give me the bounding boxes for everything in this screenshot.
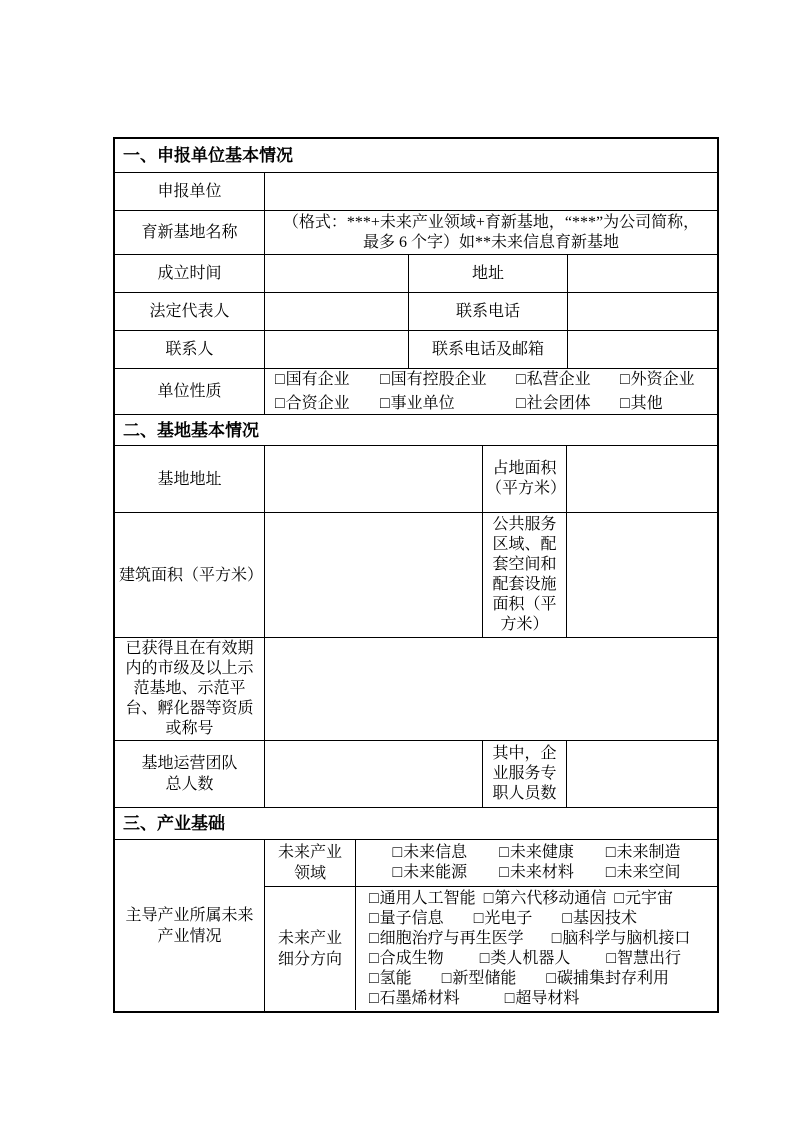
public-service-area-field[interactable] (567, 513, 717, 637)
checkbox-option-humanoid-robot[interactable]: □类人机器人 (480, 949, 571, 969)
operation-team-label: 基地运营团队 总人数 (115, 741, 265, 807)
checkbox-option-label: 国有企业 (286, 371, 350, 388)
qualifications-row: 已获得且在有效期内的市级及以上示范基地、示范平台、孵化器等资质或称号 (115, 638, 717, 741)
checkbox-icon: □ (499, 844, 509, 861)
checkbox-icon: □ (369, 930, 379, 947)
checkbox-icon: □ (369, 890, 379, 907)
land-area-label: 占地面积（平方米） (483, 446, 567, 512)
checkbox-option-other[interactable]: □其他 (620, 393, 713, 414)
checkbox-icon: □ (499, 864, 509, 881)
address-field[interactable] (568, 255, 717, 292)
checkbox-option-public-institution[interactable]: □事业单位 (380, 393, 516, 414)
document-page: 一、申报单位基本情况 申报单位 育新基地名称 （格式：***+未来产业领域+育新… (0, 0, 793, 1122)
checkbox-option-6g[interactable]: □第六代移动通信 (484, 889, 607, 909)
checkbox-option-brain-computer[interactable]: □脑科学与脑机接口 (552, 929, 691, 949)
base-name-field[interactable]: （格式：***+未来产业领域+育新基地，“***”为公司简称， 最多 6 个字）… (265, 211, 717, 254)
section2-title: 二、基地基本情况 (115, 415, 717, 445)
checkbox-option-superconductor[interactable]: □超导材料 (505, 989, 580, 1009)
checkbox-option-label: 私营企业 (527, 371, 591, 388)
application-form-table: 一、申报单位基本情况 申报单位 育新基地名称 （格式：***+未来产业领域+育新… (113, 137, 719, 1013)
legal-rep-label: 法定代表人 (115, 293, 265, 330)
checkbox-icon: □ (392, 864, 402, 881)
checkbox-icon: □ (392, 844, 402, 861)
base-address-field[interactable] (265, 446, 483, 512)
applicant-unit-label: 申报单位 (115, 173, 265, 210)
checkbox-option-label: 未来能源 (403, 864, 467, 881)
checkbox-option-synthetic-bio[interactable]: □合成生物 (369, 949, 444, 969)
service-staff-label: 其中，企业服务专职人员数 (483, 741, 567, 807)
contact-phone-email-label: 联系电话及邮箱 (409, 331, 568, 368)
checkbox-option-agi[interactable]: □通用人工智能 (369, 889, 476, 909)
checkbox-option-label: 通用人工智能 (380, 890, 476, 907)
checkbox-option-private[interactable]: □私营企业 (516, 369, 620, 390)
checkbox-option-label: 光电子 (484, 910, 532, 927)
checkbox-option-label: 未来空间 (617, 864, 681, 881)
operation-team-field[interactable] (265, 741, 483, 807)
operation-team-row: 基地运营团队 总人数 其中，企业服务专职人员数 (115, 741, 717, 808)
checkbox-icon: □ (562, 910, 572, 927)
checkbox-option-label: 外资企业 (631, 371, 695, 388)
checkbox-option-label: 第六代移动通信 (494, 890, 606, 907)
contact-person-label: 联系人 (115, 331, 265, 368)
unit-nature-row: 单位性质 □国有企业 □国有控股企业 □私营企业 □外资企业 □合资企业 □事业… (115, 369, 717, 415)
checkbox-icon: □ (275, 395, 285, 412)
checkbox-option-label: 未来制造 (617, 844, 681, 861)
checkbox-option-hydrogen[interactable]: □氢能 (369, 969, 412, 989)
checkbox-option-gene-tech[interactable]: □基因技术 (562, 909, 637, 929)
future-industry-subdomain-label: 未来产业 细分方向 (265, 887, 356, 1010)
base-name-row: 育新基地名称 （格式：***+未来产业领域+育新基地，“***”为公司简称， 最… (115, 211, 717, 255)
checkbox-option-label: 脑科学与脑机接口 (562, 930, 690, 947)
checkbox-option-future-materials[interactable]: □未来材料 (499, 863, 574, 883)
checkbox-option-future-space[interactable]: □未来空间 (606, 863, 681, 883)
applicant-unit-field[interactable] (265, 173, 717, 210)
checkbox-icon: □ (369, 970, 379, 987)
checkbox-icon: □ (546, 970, 556, 987)
building-area-row: 建筑面积（平方米） 公共服务区域、配套空间和配套设施面积（平方米） (115, 513, 717, 638)
checkbox-option-label: 石墨烯材料 (380, 990, 460, 1007)
checkbox-option-label: 智慧出行 (617, 950, 681, 967)
checkbox-option-label: 量子信息 (380, 910, 444, 927)
founded-date-field[interactable] (265, 255, 409, 292)
checkbox-option-cell-therapy[interactable]: □细胞治疗与再生医学 (369, 929, 524, 949)
applicant-unit-row: 申报单位 (115, 173, 717, 211)
checkbox-option-label: 碳捕集封存利用 (557, 970, 669, 987)
section2-header-row: 二、基地基本情况 (115, 415, 717, 446)
checkbox-option-label: 社会团体 (527, 395, 591, 412)
phone-field[interactable] (568, 293, 717, 330)
checkbox-option-joint-venture[interactable]: □合资企业 (275, 393, 380, 414)
checkbox-option-graphene[interactable]: □石墨烯材料 (369, 989, 460, 1009)
checkbox-option-label: 未来材料 (510, 864, 574, 881)
checkbox-icon: □ (620, 371, 630, 388)
checkbox-icon: □ (474, 910, 484, 927)
base-address-row: 基地地址 占地面积（平方米） (115, 446, 717, 513)
checkbox-option-quantum-info[interactable]: □量子信息 (369, 909, 444, 929)
future-industry-domain-row: 未来产业 领域 □未来信息 □未来健康 □未来制造 □未来能源 □未来材料 □未… (265, 840, 717, 887)
checkbox-option-label: 国有控股企业 (391, 371, 487, 388)
checkbox-icon: □ (516, 395, 526, 412)
future-industry-domain-label: 未来产业 领域 (265, 840, 356, 886)
checkbox-option-label: 细胞治疗与再生医学 (380, 930, 524, 947)
public-service-area-label: 公共服务区域、配套空间和配套设施面积（平方米） (483, 513, 567, 637)
qualifications-label: 已获得且在有效期内的市级及以上示范基地、示范平台、孵化器等资质或称号 (115, 638, 265, 740)
checkbox-icon: □ (484, 890, 494, 907)
checkbox-icon: □ (480, 950, 490, 967)
checkbox-option-label: 氢能 (380, 970, 412, 987)
checkbox-option-future-info[interactable]: □未来信息 (392, 843, 467, 863)
checkbox-icon: □ (516, 371, 526, 388)
checkbox-option-label: 其他 (631, 395, 663, 412)
section1-header-row: 一、申报单位基本情况 (115, 139, 717, 173)
founded-date-label: 成立时间 (115, 255, 265, 292)
building-area-field[interactable] (265, 513, 483, 637)
checkbox-icon: □ (380, 395, 390, 412)
future-industry-subdomain-options: □通用人工智能 □第六代移动通信 □元宇宙 □量子信息 □光电子 □基因技术 □… (356, 887, 717, 1010)
phone-label: 联系电话 (409, 293, 568, 330)
contact-person-field[interactable] (265, 331, 409, 368)
checkbox-icon: □ (369, 910, 379, 927)
address-label: 地址 (409, 255, 568, 292)
qualifications-field[interactable] (265, 638, 717, 740)
checkbox-option-foreign[interactable]: □外资企业 (620, 369, 713, 390)
checkbox-option-label: 合资企业 (286, 395, 350, 412)
checkbox-option-label: 事业单位 (391, 395, 455, 412)
checkbox-icon: □ (606, 950, 616, 967)
checkbox-icon: □ (614, 890, 624, 907)
legal-rep-row: 法定代表人 联系电话 (115, 293, 717, 331)
base-name-label: 育新基地名称 (115, 211, 265, 254)
checkbox-icon: □ (620, 395, 630, 412)
checkbox-icon: □ (505, 990, 515, 1007)
future-industry-domain-options: □未来信息 □未来健康 □未来制造 □未来能源 □未来材料 □未来空间 (356, 840, 717, 886)
checkbox-option-state-owned[interactable]: □国有企业 (275, 369, 380, 390)
checkbox-icon: □ (606, 844, 616, 861)
checkbox-option-label: 超导材料 (515, 990, 579, 1007)
section3-header-row: 三、产业基础 (115, 808, 717, 840)
section1-title: 一、申报单位基本情况 (115, 139, 717, 172)
checkbox-option-future-health[interactable]: □未来健康 (499, 843, 574, 863)
checkbox-option-label: 合成生物 (380, 950, 444, 967)
checkbox-option-label: 未来信息 (403, 844, 467, 861)
contact-person-row: 联系人 联系电话及邮箱 (115, 331, 717, 369)
section3-title: 三、产业基础 (115, 808, 717, 839)
contact-phone-email-field[interactable] (568, 331, 717, 368)
service-staff-field[interactable] (567, 741, 717, 807)
checkbox-icon: □ (380, 371, 390, 388)
checkbox-icon: □ (275, 371, 285, 388)
unit-nature-label: 单位性质 (115, 369, 265, 414)
checkbox-option-smart-mobility[interactable]: □智慧出行 (606, 949, 681, 969)
checkbox-option-label: 类人机器人 (490, 950, 570, 967)
checkbox-option-social-group[interactable]: □社会团体 (516, 393, 620, 414)
checkbox-option-label: 基因技术 (573, 910, 637, 927)
checkbox-option-new-storage[interactable]: □新型储能 (442, 969, 517, 989)
legal-rep-field[interactable] (265, 293, 409, 330)
industry-row: 主导产业所属未来 产业情况 未来产业 领域 □未来信息 □未来健康 □未来制造 … (115, 840, 717, 1011)
checkbox-icon: □ (552, 930, 562, 947)
checkbox-icon: □ (442, 970, 452, 987)
checkbox-icon: □ (369, 950, 379, 967)
land-area-field[interactable] (567, 446, 717, 512)
checkbox-icon: □ (606, 864, 616, 881)
checkbox-option-state-holding[interactable]: □国有控股企业 (380, 369, 516, 390)
checkbox-option-label: 未来健康 (510, 844, 574, 861)
unit-nature-options: □国有企业 □国有控股企业 □私营企业 □外资企业 □合资企业 □事业单位 □社… (265, 369, 717, 414)
checkbox-option-optoelectronics[interactable]: □光电子 (474, 909, 533, 929)
checkbox-option-future-energy[interactable]: □未来能源 (392, 863, 467, 883)
checkbox-option-future-manufacturing[interactable]: □未来制造 (606, 843, 681, 863)
checkbox-icon: □ (369, 990, 379, 1007)
checkbox-option-metaverse[interactable]: □元宇宙 (614, 889, 673, 909)
future-industry-subdomain-row: 未来产业 细分方向 □通用人工智能 □第六代移动通信 □元宇宙 □量子信息 □光… (265, 887, 717, 1010)
checkbox-option-carbon-capture[interactable]: □碳捕集封存利用 (546, 969, 669, 989)
base-address-label: 基地地址 (115, 446, 265, 512)
checkbox-option-label: 元宇宙 (625, 890, 673, 907)
founded-date-row: 成立时间 地址 (115, 255, 717, 293)
checkbox-option-label: 新型储能 (452, 970, 516, 987)
main-industry-label: 主导产业所属未来 产业情况 (115, 840, 265, 1011)
building-area-label: 建筑面积（平方米） (115, 513, 265, 637)
